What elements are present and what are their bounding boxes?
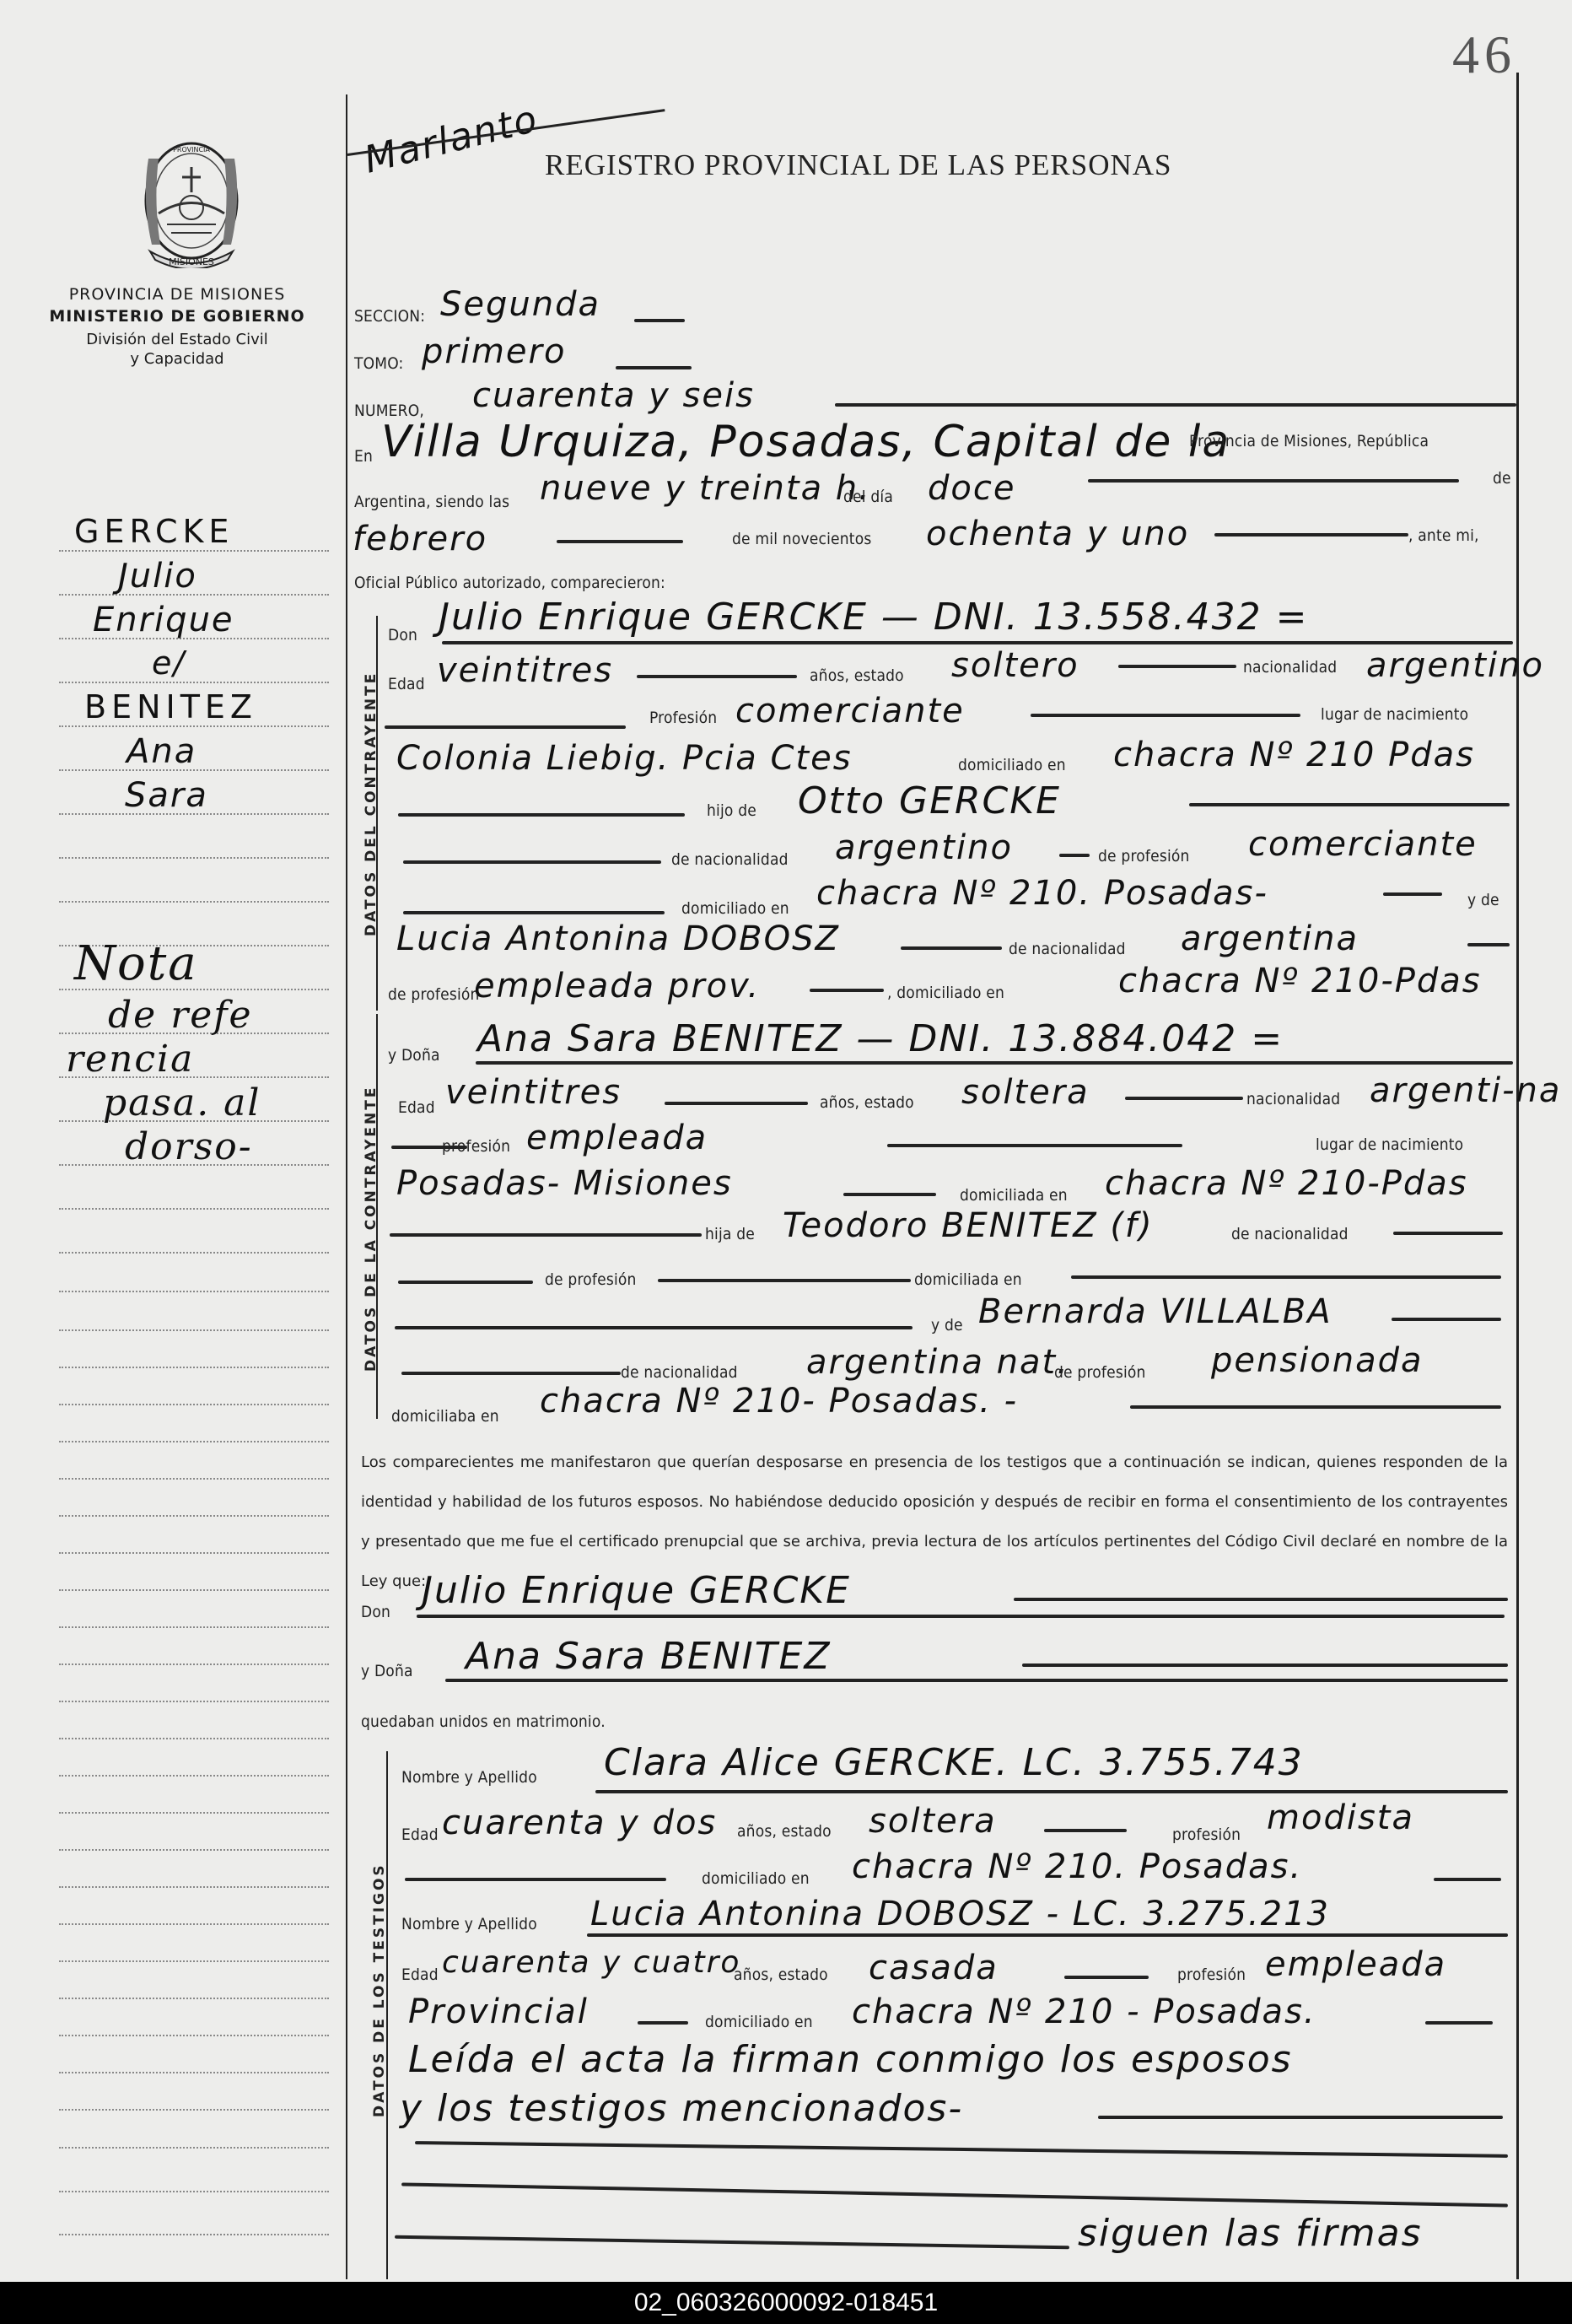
witness-1-nombre-label: Nombre y Apellido [401,1768,537,1787]
cancel-line [401,2182,1508,2207]
decl-closing: quedaban unidos en matrimonio. [361,1712,606,1731]
decl-dona-label: y Doña [361,1662,413,1680]
issuer-ministry: MINISTERIO DE GOBIERNO [34,307,320,326]
witness-1-age: cuarenta y dos [442,1804,717,1842]
witness-2-profesion-cont: Provincial [408,1992,589,2031]
bride-y-de-label: y de [931,1316,963,1335]
decl-groom-name: Julio Enrique GERCKE [422,1569,851,1612]
fill-line [843,1193,936,1196]
fill-line [417,1615,1505,1618]
witness-1-anos-label: años, estado [737,1822,832,1841]
bride-lugar-label: lugar de nacimiento [1316,1135,1463,1154]
groom-estado: soltero [951,646,1079,685]
margin-note-line-3: pasa. al [103,1081,261,1124]
groom-father-nac-label: de nacionalidad [671,850,789,869]
fill-line [442,641,1513,644]
fill-line [887,1144,1182,1147]
place-suffix: Provincia de Misiones, República [1189,432,1429,450]
fill-line [810,989,884,992]
scan-id: 02_060326000092-018451 [634,2289,938,2316]
groom-age: veintitres [437,651,613,690]
month-value: febrero [353,520,487,558]
bride-nacionalidad: argenti-na [1370,1071,1561,1110]
fill-line [1214,533,1408,537]
de-label: de [1493,469,1511,488]
groom-anos-label: años, estado [810,666,904,685]
decl-bride-name: Ana Sara BENITEZ [466,1635,832,1678]
year-label: de mil novecientos [732,530,871,548]
fill-line [1044,1829,1127,1832]
bride-domicilio: chacra Nº 210-Pdas [1105,1164,1468,1203]
bride-father: Teodoro BENITEZ (f) [783,1206,1154,1245]
groom-edad-label: Edad [388,675,425,693]
svg-text:PROVINCIA: PROVINCIA [173,146,210,154]
witness-1-name: Clara Alice GERCKE. LC. 3.755.743 [604,1741,1304,1784]
fill-line [476,1061,1513,1065]
fill-line [638,2021,688,2025]
margin-surname-groom: GERCKE [74,513,234,550]
fill-line [665,1102,808,1105]
groom-domicilio-label: domiciliado en [958,756,1066,774]
groom-mother-dom: chacra Nº 210-Pdas [1118,962,1482,1000]
witness-2-age: cuarenta y cuatro [442,1945,740,1980]
fill-line [557,540,683,543]
witness-1-estado: soltera [869,1802,997,1841]
witness-2-anos-label: años, estado [734,1965,828,1984]
page-title: REGISTRO PROVINCIAL DE LAS PERSONAS [545,148,1172,182]
witness-1-profesion-label: profesión [1172,1825,1241,1844]
bride-name: Ana Sara BENITEZ — DNI. 13.884.042 = [477,1017,1284,1060]
groom-father-dom: chacra Nº 210. Posadas- [816,874,1268,913]
fill-line [616,366,692,369]
page-number: 46 [1452,24,1516,86]
fill-line [1064,1976,1149,1979]
closing-line-2: y los testigos mencionados- [400,2087,963,2130]
margin-note-title: Nota [74,936,198,991]
margin-note-line-1: de refe [108,994,253,1037]
closing-line-1: Leída el acta la firman conmigo los espo… [408,2038,1293,2081]
issuer-division: División del Estado Civil [34,331,320,348]
year-value: ochenta y uno [926,515,1189,553]
margin-name-sara: Sara [125,776,208,815]
bride-profesion: empleada [526,1119,708,1157]
margin-note-line-4: dorso- [125,1125,253,1168]
fill-line [1088,479,1459,483]
fill-line [445,1679,1508,1682]
witness-2-profesion: empleada [1265,1945,1446,1984]
bride-father-dom-label: domiciliada en [914,1270,1022,1289]
seccion-value: Segunda [440,285,600,324]
issuer-province: PROVINCIA DE MISIONES [34,285,320,304]
groom-domicilio: chacra Nº 210 Pdas [1113,736,1475,774]
fill-line [395,1326,913,1329]
issuer-division-2: y Capacidad [34,350,320,368]
margin-conjunction: e/ [152,644,186,682]
bride-domicilio-label: domiciliada en [960,1186,1068,1205]
fill-line [835,403,1516,407]
dia-label: del día [843,488,893,506]
fill-line [1130,1405,1501,1409]
tomo-label: TOMO: [354,354,404,373]
groom-mother-dom-label: , domiciliado en [887,984,1004,1002]
margin-name-julio: Julio [118,557,197,596]
svg-text:MISIONES: MISIONES [169,256,214,267]
margin-name-ana: Ana [127,732,196,771]
groom-profesion-label: Profesión [649,709,717,727]
groom-lugar: Colonia Liebig. Pcia Ctes [396,739,853,778]
witness-2-estado: casada [869,1949,999,1987]
witness-2-edad-label: Edad [401,1965,439,1984]
document-page: 46 Marlanto REGISTRO PROVINCIAL DE LAS P… [0,0,1572,2282]
margin-surname-bride: BENITEZ [84,688,257,725]
fill-line [403,860,661,864]
witness-2-dom-label: domiciliado en [705,2013,813,2031]
cancel-line [395,2235,1069,2250]
bride-dona-label: y Doña [388,1046,440,1065]
fill-line [405,1878,666,1881]
groom-father-prof: comerciante [1248,825,1478,864]
groom-mother-nac-label: de nacionalidad [1009,940,1126,958]
fill-line [658,1279,911,1282]
groom-father-nac: argentino [835,828,1013,867]
groom-lugar-label: lugar de nacimiento [1321,705,1468,724]
bride-anos-label: años, estado [820,1093,914,1112]
fill-line [1125,1097,1243,1100]
follow-signatures: siguen las firmas [1078,2212,1423,2255]
bride-mother-prof-label: de profesión [1054,1363,1146,1382]
oficial-label: Oficial Público autorizado, compareciero… [354,574,665,592]
fill-line [403,911,665,914]
groom-profesion: comerciante [735,692,965,731]
fill-line [637,675,797,678]
bride-nacionalidad-label: nacionalidad [1246,1090,1340,1108]
fill-line [1118,665,1236,668]
tomo-value: primero [422,332,566,371]
witness-2-name: Lucia Antonina DOBOSZ - LC. 3.275.213 [590,1895,1330,1933]
witnesses-section-label: DATOS DE LOS TESTIGOS [371,1863,388,2117]
groom-mother-prof: empleada prov. [474,967,760,1006]
fill-line [1393,1232,1503,1235]
bride-profesion-label: profesión [442,1137,510,1156]
bride-mother-dom-label: domiciliaba en [391,1407,499,1426]
en-label: En [354,447,373,466]
witness-2-profesion-label: profesión [1177,1965,1246,1984]
groom-don-label: Don [388,626,417,644]
margin-note-line-2: rencia [66,1038,194,1081]
bride-father-nac-label: de nacionalidad [1231,1225,1349,1243]
fill-line [385,725,626,729]
fill-line [1434,1878,1501,1881]
witness-1-edad-label: Edad [401,1825,439,1844]
bride-mother-dom: chacra Nº 210- Posadas. - [540,1382,1018,1421]
fill-line [1392,1318,1501,1321]
scan-id-bar: 02_060326000092-018451 [0,2282,1572,2324]
groom-mother-prof-label: de profesión [388,985,480,1004]
groom-father-prof-label: de profesión [1098,847,1190,865]
witness-2-nombre-label: Nombre y Apellido [401,1915,537,1933]
day-value: doce [928,469,1015,508]
fill-line [1059,854,1090,857]
groom-name: Julio Enrique GERCKE — DNI. 13.558.432 = [439,596,1308,639]
decl-don-label: Don [361,1603,390,1621]
left-divider [346,94,347,2279]
ante-label: , ante mi, [1408,526,1479,545]
bride-mother-nac-label: de nacionalidad [621,1363,738,1382]
fill-line [595,1790,1508,1793]
groom-father-dom-label: domiciliado en [681,899,789,918]
groom-father: Otto GERCKE [798,779,1061,822]
fill-line [398,1281,533,1284]
bride-hija-label: hija de [705,1225,755,1243]
fill-line [1031,714,1300,717]
witness-1-profesion: modista [1267,1798,1414,1837]
groom-nacionalidad-label: nacionalidad [1243,658,1337,677]
groom-section-label: DATOS DEL CONTRAYENTE [363,671,380,936]
argentina-label: Argentina, siendo las [354,493,509,511]
fill-line [634,319,685,322]
bride-lugar: Posadas- Misiones [396,1164,733,1203]
groom-mother: Lucia Antonina DOBOSZ [396,919,840,958]
bride-mother-prof: pensionada [1211,1341,1424,1380]
place-value: Villa Urquiza, Posadas, Capital de la [381,417,1230,467]
bride-edad-label: Edad [398,1098,435,1117]
fill-line [390,1233,702,1237]
fill-line [401,1372,621,1375]
hour-value: nueve y treinta h. [540,469,871,508]
fill-line [1425,2021,1493,2025]
cancel-line [415,2141,1508,2158]
fill-line [1189,803,1510,806]
bride-estado: soltera [961,1073,1090,1112]
groom-hijo-label: hijo de [707,801,756,820]
fill-line [1022,1663,1508,1667]
right-border [1516,73,1519,2279]
bride-mother: Bernarda VILLALBA [978,1292,1332,1331]
fill-line [901,946,1002,950]
fill-line [1383,892,1442,896]
witness-2-domicilio: chacra Nº 210 - Posadas. [852,1992,1316,2031]
seccion-label: SECCION: [354,307,425,326]
groom-mother-nac: argentina [1181,919,1359,958]
bride-section-label: DATOS DE LA CONTRAYENTE [363,1086,380,1372]
witness-1-dom-label: domiciliado en [702,1869,810,1888]
numero-value: cuarenta y seis [472,376,755,415]
province-emblem-icon: MISIONES PROVINCIA [133,133,250,268]
groom-nacionalidad: argentino [1366,646,1544,685]
witness-1-domicilio: chacra Nº 210. Posadas. [852,1847,1302,1886]
fill-line [398,813,685,817]
margin-name-enrique: Enrique [93,601,234,639]
issuer-block: PROVINCIA DE MISIONES MINISTERIO DE GOBI… [34,285,320,368]
fill-line [1014,1598,1508,1601]
groom-y-de-label: y de [1467,891,1499,909]
bride-age: veintitres [445,1073,622,1112]
fill-line [1071,1275,1501,1279]
bride-father-prof-label: de profesión [545,1270,637,1289]
fill-line [1467,943,1510,946]
fill-line [1098,2116,1503,2119]
fill-line [587,1933,1508,1937]
bride-mother-nac: argentina nat. [806,1343,1069,1382]
